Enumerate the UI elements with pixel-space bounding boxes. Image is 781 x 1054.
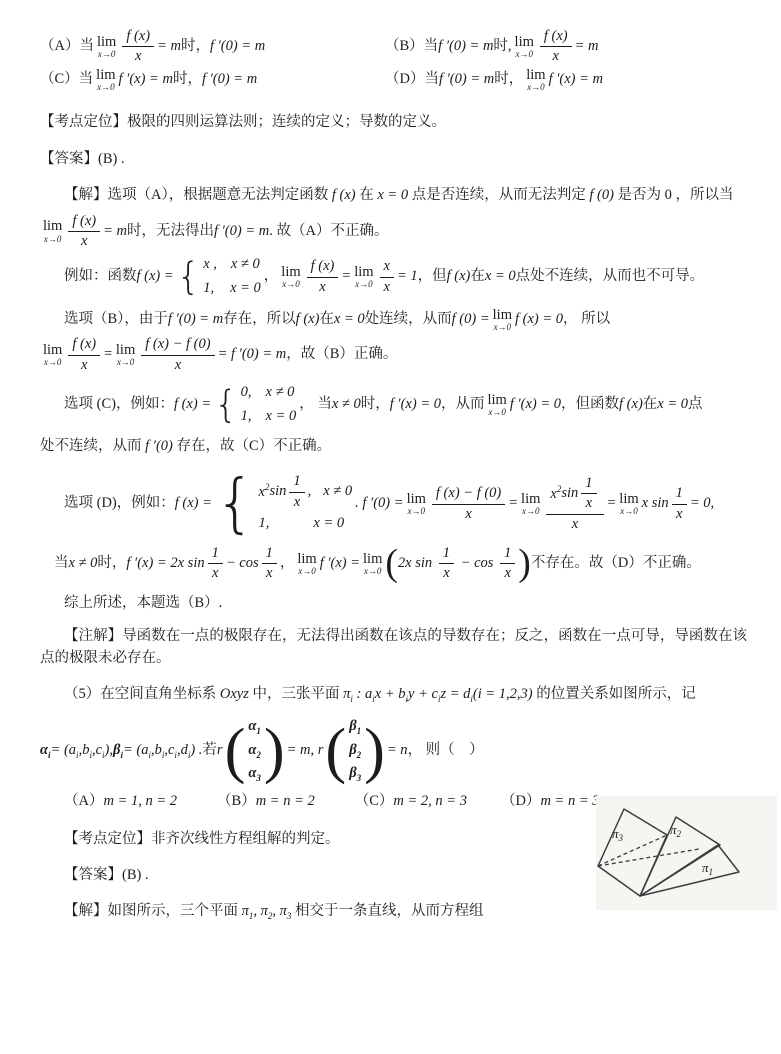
- text-run: （C）: [355, 791, 394, 813]
- math-run: bi: [155, 740, 165, 762]
- solution-b-line-2: limx→0f (x)x = limx→0f (x) − f (0)x = f …: [40, 336, 747, 374]
- three-planes-figure: π3 π2 π1: [596, 796, 777, 910]
- text-run: ，但函数: [561, 394, 619, 416]
- case-row: 1,x = 0: [259, 513, 353, 535]
- exam-point-1: 【考点定位】极限的四则运算法则；连续的定义；导数的定义。: [40, 112, 747, 134]
- text-run: 时，: [97, 553, 126, 575]
- math-run: x sin: [642, 493, 669, 515]
- math-run: f ′(x) = 2x sin: [126, 553, 204, 575]
- text-run: 处不连续，从而: [40, 438, 145, 454]
- label-pi2: π2: [670, 822, 682, 839]
- paren-content: 2x sin 1x − cos 1x: [398, 545, 518, 583]
- piecewise-definition: {x2 sin 1x ,x ≠ 01,x = 0: [215, 473, 352, 535]
- text-run: 选项（B），由于: [64, 309, 168, 331]
- case-row: x ,x ≠ 0: [203, 254, 261, 276]
- math-run: f (x): [332, 187, 356, 203]
- left-brace: {: [177, 260, 201, 293]
- text-run: 相交于一条直线，从而方程组: [291, 903, 483, 919]
- text-run: 【考点定位】极限的四则运算法则；连续的定义；导数的定义。: [40, 114, 446, 130]
- limit-operator: limx→0: [96, 68, 115, 93]
- limit-subscript: x→0: [44, 358, 62, 367]
- math-run: f (x): [72, 213, 96, 230]
- limit-subscript: x→0: [282, 280, 300, 289]
- math-run: m = n = 3: [540, 791, 599, 813]
- math-run: f (0) =: [452, 309, 490, 331]
- vector-column: α1α2α3: [245, 716, 264, 785]
- math-run: =: [103, 344, 113, 366]
- solution-d-line-1: 选项 (D)，例如： f (x) = {x2 sin 1x ,x ≠ 01,x …: [40, 473, 747, 535]
- limit-subscript: x→0: [97, 83, 115, 92]
- numerator: 1: [439, 545, 454, 564]
- math-run: x: [586, 495, 592, 512]
- math-run: 1,: [241, 406, 252, 428]
- limit-operator: limx→0: [619, 492, 638, 517]
- math-run: x ≠ 0: [332, 394, 361, 416]
- limit-word: lim: [521, 492, 540, 507]
- math-run: π3: [280, 903, 292, 919]
- solution-c-line-2: 处不连续，从而 f ′(0) 存在，故（C）不正确。: [40, 436, 747, 458]
- numerator: f (x): [68, 213, 100, 232]
- text-run: 时，: [173, 69, 202, 91]
- limit-word: lim: [354, 265, 373, 280]
- text-run: 【答案】(B) .: [64, 867, 149, 883]
- math-run: x = 0: [313, 513, 344, 535]
- math-run: x = 0: [334, 309, 365, 331]
- text-run: （A）: [64, 791, 103, 813]
- column-vector: (β1β2β3): [325, 716, 384, 785]
- math-run: x2: [259, 481, 270, 504]
- numerator: f (x): [122, 28, 154, 47]
- numerator: x2 sin 1x: [546, 475, 603, 515]
- text-run: ，: [280, 553, 295, 575]
- numerator: f (x): [540, 28, 572, 47]
- math-run: x: [504, 565, 510, 582]
- math-run: f (x) − f (0): [436, 485, 501, 502]
- label-pi3: π3: [612, 826, 624, 843]
- math-run: = n: [387, 740, 408, 762]
- math-run: 1,: [203, 278, 214, 300]
- vector-row: β2: [349, 740, 361, 762]
- solution-d-line-2: 当 x ≠ 0 时， f ′(x) = 2x sin 1x − cos 1x， …: [40, 545, 747, 583]
- math-run: ) .: [190, 740, 202, 762]
- solution-c-line-1: 选项 (C)，例如： f (x) = {0,x ≠ 01,x = 0， 当 x …: [40, 382, 747, 428]
- limit-word: lim: [96, 68, 115, 83]
- fraction: f (x)x: [68, 336, 100, 374]
- text-run: 选项 (D)，例如：: [64, 493, 175, 515]
- math-run: sin: [561, 485, 578, 502]
- math-run: x ≠ 0: [69, 553, 98, 575]
- limit-subscript: x→0: [98, 50, 116, 59]
- math-run: f (x): [619, 394, 643, 416]
- math-run: x ,: [203, 254, 217, 276]
- math-run: f ′(0) = m: [210, 36, 265, 58]
- fraction: xx: [380, 258, 394, 296]
- math-run: f ′(x) = m: [549, 69, 603, 91]
- limit-subscript: x→0: [117, 358, 135, 367]
- plane-pi3-shape: [598, 809, 667, 896]
- text-run: 存在，故（C）不正确。: [173, 438, 331, 454]
- numerator: f (x) − f (0): [141, 336, 214, 355]
- math-run: x: [294, 494, 300, 511]
- denominator: x: [319, 278, 325, 296]
- math-run: f ′(0) = m: [214, 221, 269, 243]
- denominator: x: [212, 564, 218, 582]
- text-run: 选项 (C)，例如：: [64, 394, 174, 416]
- math-run: f (x): [447, 266, 471, 288]
- case-row: 1,x = 0: [203, 278, 261, 300]
- math-run: = (: [51, 740, 69, 762]
- math-run: f (0): [589, 187, 614, 203]
- text-run: ，故（B）正确。: [286, 344, 397, 366]
- document-page: （A）当 limx→0f (x)x = m 时， f ′(0) = m （B）当…: [0, 0, 781, 1054]
- limit-subscript: x→0: [515, 50, 533, 59]
- math-run: f ′(0) = m: [439, 69, 494, 91]
- denominator: x: [175, 356, 181, 374]
- limit-subscript: x→0: [364, 567, 382, 576]
- limit-subscript: x→0: [355, 280, 373, 289]
- text-run: 不存在。故（D）不正确。: [531, 553, 701, 575]
- cases-column: x ,x ≠ 01,x = 0: [203, 254, 261, 300]
- math-run: =: [508, 493, 518, 515]
- math-run: x +: [375, 686, 398, 702]
- text-run: （B）: [217, 791, 256, 813]
- math-run: z =: [440, 686, 463, 702]
- math-run: = f ′(0) = m: [218, 344, 287, 366]
- math-run: ci: [168, 740, 177, 762]
- text-run: 时，: [181, 36, 210, 58]
- answer-1: 【答案】(B) .: [40, 149, 747, 171]
- math-run: f ′(0) = m: [168, 309, 223, 331]
- intersection-dashed-line-2: [598, 849, 699, 866]
- math-run: π2: [261, 903, 273, 919]
- numerator: 1: [208, 545, 223, 564]
- math-run: 1: [504, 545, 511, 562]
- math-run: β2: [349, 740, 361, 762]
- math-run: x: [212, 565, 218, 582]
- option-a: （A）当 limx→0f (x)x = m 时， f ′(0) = m: [40, 28, 385, 66]
- math-run: di: [181, 740, 191, 762]
- limit-word: lim: [43, 343, 62, 358]
- math-run: bi: [82, 740, 92, 762]
- math-run: ,: [272, 903, 279, 919]
- math-run: f ′(0) = m: [202, 69, 257, 91]
- denominator: x: [465, 505, 471, 523]
- case-row: x2 sin 1x ,x ≠ 0: [259, 473, 353, 511]
- limit-operator: limx→0: [515, 35, 534, 60]
- text-run: （B）当: [385, 36, 438, 58]
- option-c: （C）当 limx→0 f ′(x) = m 时， f ′(0) = m: [40, 68, 385, 93]
- math-run: x: [384, 258, 390, 275]
- vector-row: β1: [349, 716, 361, 738]
- math-run: βi: [113, 740, 123, 762]
- math-run: y +: [408, 686, 431, 702]
- math-run: x2: [550, 484, 561, 503]
- math-run: α3: [248, 763, 261, 785]
- math-run: f ′(x) = 0: [510, 394, 561, 416]
- text-run: 例如：函数: [64, 266, 137, 288]
- left-paren: (: [385, 547, 398, 581]
- math-run: Oxyz: [220, 686, 249, 702]
- math-run: m = 2, n = 3: [393, 791, 467, 813]
- math-run: f (x) =: [175, 493, 212, 515]
- denominator: x: [294, 493, 300, 511]
- question-5-intro: （5）在空间直角坐标系 Oxyz 中，三张平面 πi : aix + biy +…: [40, 684, 747, 706]
- plane-pi1-shape: [640, 845, 739, 896]
- text-run: 时，: [361, 394, 390, 416]
- text-run: 是否为 0 ，所以当: [614, 187, 734, 203]
- fraction: 1x: [289, 473, 304, 511]
- math-run: (i = 1,2,3): [473, 686, 533, 702]
- math-run: f (x) =: [174, 394, 211, 416]
- text-run: 当: [54, 553, 69, 575]
- math-run: = 1: [397, 266, 418, 288]
- denominator: x: [443, 564, 449, 582]
- text-run: 【解】选项（A），根据题意无法判定函数: [64, 187, 332, 203]
- fraction: f (x)x: [307, 258, 339, 296]
- denominator: x: [266, 564, 272, 582]
- options-row-1: （A）当 limx→0f (x)x = m 时， f ′(0) = m （B）当…: [40, 28, 747, 66]
- math-run: x: [81, 233, 87, 250]
- text-run: ,: [711, 493, 715, 515]
- text-run: 在: [470, 266, 485, 288]
- math-run: m = 1, n = 2: [103, 791, 177, 813]
- text-run: （D）: [501, 791, 540, 813]
- text-run: 【考点定位】非齐次线性方程组解的判定。: [64, 831, 340, 847]
- limit-operator: limx→0: [116, 343, 135, 368]
- limit-subscript: x→0: [44, 235, 62, 244]
- text-run: （D）当: [385, 69, 439, 91]
- text-run: 点是否连续，从而无法判定: [408, 187, 589, 203]
- math-run: x = 0: [230, 278, 261, 300]
- vector-row: α3: [248, 763, 261, 785]
- denominator: x: [504, 564, 510, 582]
- planes-diagram: π3 π2 π1: [596, 796, 777, 910]
- math-run: ai: [141, 740, 151, 762]
- text-run: （C）当: [40, 69, 93, 91]
- math-run: ai: [69, 740, 79, 762]
- math-run: = 0: [690, 493, 711, 515]
- math-run: x = 0: [266, 406, 297, 428]
- limit-operator: limx→0: [493, 308, 512, 333]
- intersection-dashed-line-1: [598, 835, 667, 866]
- math-run: x: [443, 565, 449, 582]
- math-run: − cos: [457, 555, 497, 571]
- option-d: （D）当 f ′(0) = m 时， limx→0 f ′(x) = m: [385, 68, 747, 93]
- math-run: 1: [293, 473, 300, 490]
- limit-word: lim: [487, 393, 506, 408]
- math-run: = m: [157, 36, 181, 58]
- limit-subscript: x→0: [407, 507, 425, 516]
- fraction: x2 sin 1xx: [546, 475, 603, 533]
- text-run: . 故（A）不正确。: [269, 221, 388, 243]
- math-run: f ′(x) = 0: [390, 394, 441, 416]
- math-run: = m: [103, 221, 127, 243]
- fraction: 1x: [262, 545, 277, 583]
- math-run: ai: [365, 686, 375, 702]
- vector-row: α2: [248, 740, 261, 762]
- text-run: 的位置关系如图所示，记: [533, 686, 696, 702]
- text-run: （5）在空间直角坐标系: [64, 686, 220, 702]
- math-run: 1: [676, 485, 683, 502]
- math-run: x ≠ 0: [266, 382, 295, 404]
- solution-a-line-2: limx→0f (x)x = m 时，无法得出 f ′(0) = m . 故（A…: [40, 213, 747, 251]
- math-run: 1: [585, 475, 592, 492]
- left-paren: (: [225, 726, 246, 776]
- numerator: x: [380, 258, 394, 277]
- math-run: = m: [575, 36, 599, 58]
- math-run: x = 0: [657, 394, 688, 416]
- math-run: 1,: [259, 513, 270, 535]
- limit-operator: limx→0: [281, 265, 300, 290]
- label-pi1: π1: [702, 860, 713, 877]
- math-run: r: [217, 740, 223, 762]
- limit-word: lim: [297, 552, 316, 567]
- text-run: 【答案】(B) .: [40, 151, 125, 167]
- text-run: 处连续，从而: [365, 309, 452, 331]
- math-run: x: [319, 279, 325, 296]
- math-run: πi: [343, 686, 353, 702]
- limit-operator: limx→0: [487, 393, 506, 418]
- limit-operator: limx→0: [43, 219, 62, 244]
- text-run: ， 则（ ）: [408, 740, 484, 762]
- text-run: 在: [356, 187, 378, 203]
- math-run: x: [553, 48, 559, 65]
- math-run: x: [266, 565, 272, 582]
- fraction: f (x) − f (0)x: [432, 485, 505, 523]
- math-run: di: [463, 686, 473, 702]
- math-run: 0,: [241, 382, 252, 404]
- math-run: α2: [248, 740, 261, 762]
- limit-operator: limx→0: [354, 265, 373, 290]
- text-run: 【解】如图所示，三个平面: [64, 903, 242, 919]
- cases-column: x2 sin 1x ,x ≠ 01,x = 0: [259, 473, 353, 535]
- text-run: （A）当: [40, 36, 94, 58]
- cases-column: 0,x ≠ 01,x = 0: [241, 382, 297, 428]
- math-run: ,: [253, 903, 260, 919]
- limit-operator: limx→0: [43, 343, 62, 368]
- math-run: ),: [105, 740, 113, 762]
- math-run: f (x): [296, 309, 320, 331]
- fraction: f (x) − f (0)x: [141, 336, 214, 374]
- limit-operator: limx→0: [521, 492, 540, 517]
- fraction: f (x)x: [68, 213, 100, 251]
- math-run: x: [175, 357, 181, 374]
- text-run: ，从而: [441, 394, 485, 416]
- fraction: f (x)x: [122, 28, 154, 66]
- text-run: 时，: [494, 69, 523, 91]
- math-run: f (x): [72, 336, 96, 353]
- math-run: :: [353, 686, 365, 702]
- denominator: x: [553, 47, 559, 65]
- math-run: =: [341, 266, 351, 288]
- denominator: x: [81, 356, 87, 374]
- text-run: 点处不连续，从而也不可导。: [516, 266, 705, 288]
- limit-word: lim: [43, 219, 62, 234]
- summary-line: 综上所述，本题选（B）.: [40, 593, 747, 615]
- math-run: α1: [248, 716, 261, 738]
- left-brace: {: [215, 477, 256, 531]
- math-run: − cos: [226, 553, 259, 575]
- piecewise-definition: {0,x ≠ 01,x = 0: [214, 382, 296, 428]
- math-run: β1: [349, 716, 361, 738]
- math-run: 1: [443, 545, 450, 562]
- text-run: ， 当: [299, 394, 332, 416]
- numerator: 1: [262, 545, 277, 564]
- text-run: ，: [264, 266, 279, 288]
- math-run: 1: [266, 545, 273, 562]
- math-run: x = 0: [377, 187, 408, 203]
- limit-word: lim: [116, 343, 135, 358]
- limit-operator: limx→0: [97, 35, 116, 60]
- math-run: sin: [269, 481, 286, 503]
- limit-subscript: x→0: [488, 408, 506, 417]
- numerator: 1: [500, 545, 515, 564]
- options-row-2: （C）当 limx→0 f ′(x) = m 时， f ′(0) = m （D）…: [40, 68, 747, 93]
- text-run: ，但: [418, 266, 447, 288]
- math-run: β3: [349, 763, 361, 785]
- left-paren: (: [325, 726, 346, 776]
- limit-word: lim: [526, 68, 545, 83]
- numerator: 1: [672, 485, 687, 504]
- math-run: x ≠ 0: [323, 481, 352, 503]
- text-run: 时，无法得出: [127, 221, 214, 243]
- fraction: 1x: [500, 545, 515, 583]
- case-row: 0,x ≠ 0: [241, 382, 297, 404]
- column-vector: (α1α2α3): [225, 716, 285, 785]
- limit-word: lim: [363, 552, 382, 567]
- limit-operator: limx→0: [407, 492, 426, 517]
- math-run: x: [135, 48, 141, 65]
- math-run: π1: [242, 903, 254, 919]
- limit-subscript: x→0: [298, 567, 316, 576]
- fraction: 1x: [439, 545, 454, 583]
- fraction: f (x)x: [540, 28, 572, 66]
- fraction: 1x: [672, 485, 687, 523]
- math-run: f ′(0): [145, 438, 173, 454]
- text-run: 点: [688, 394, 703, 416]
- math-run: m = n = 2: [256, 791, 315, 813]
- math-run: αi: [40, 740, 51, 762]
- limit-operator: limx→0: [526, 68, 545, 93]
- right-paren: ): [364, 726, 385, 776]
- text-run: 【注解】导函数在一点的极限存在，无法得出函数在该点的导数存在；反之，函数在一点可…: [40, 628, 747, 666]
- math-run: f (x) =: [137, 266, 174, 288]
- math-run: 1: [212, 545, 219, 562]
- math-run: = (: [123, 740, 141, 762]
- denominator: x: [384, 278, 390, 296]
- math-run: f (x): [126, 28, 150, 45]
- numerator: f (x): [307, 258, 339, 277]
- text-run: 时,: [493, 36, 511, 58]
- math-run: f (x) = 0: [515, 309, 563, 331]
- math-run: x: [81, 357, 87, 374]
- numerator: 1: [289, 473, 304, 492]
- limit-subscript: x→0: [494, 323, 512, 332]
- limit-word: lim: [619, 492, 638, 507]
- piecewise-definition: {x ,x ≠ 01,x = 0: [177, 254, 261, 300]
- solution-a-line-1: 【解】选项（A），根据题意无法判定函数 f (x) 在 x = 0 点是否连续，…: [40, 185, 747, 207]
- text-run: ， 所以: [563, 309, 610, 331]
- option-b: （B）当 f ′(0) = m 时, limx→0f (x)x = m: [385, 28, 747, 66]
- numerator: 1: [581, 475, 596, 494]
- vector-column: β1β2β3: [346, 716, 364, 785]
- math-run: x: [384, 279, 390, 296]
- limit-subscript: x→0: [620, 507, 638, 516]
- text-run: 若: [202, 740, 217, 762]
- denominator: x: [676, 505, 682, 523]
- limit-operator: limx→0: [363, 552, 382, 577]
- note-paragraph: 【注解】导函数在一点的极限存在，无法得出函数在该点的导数存在；反之，函数在一点可…: [40, 626, 747, 670]
